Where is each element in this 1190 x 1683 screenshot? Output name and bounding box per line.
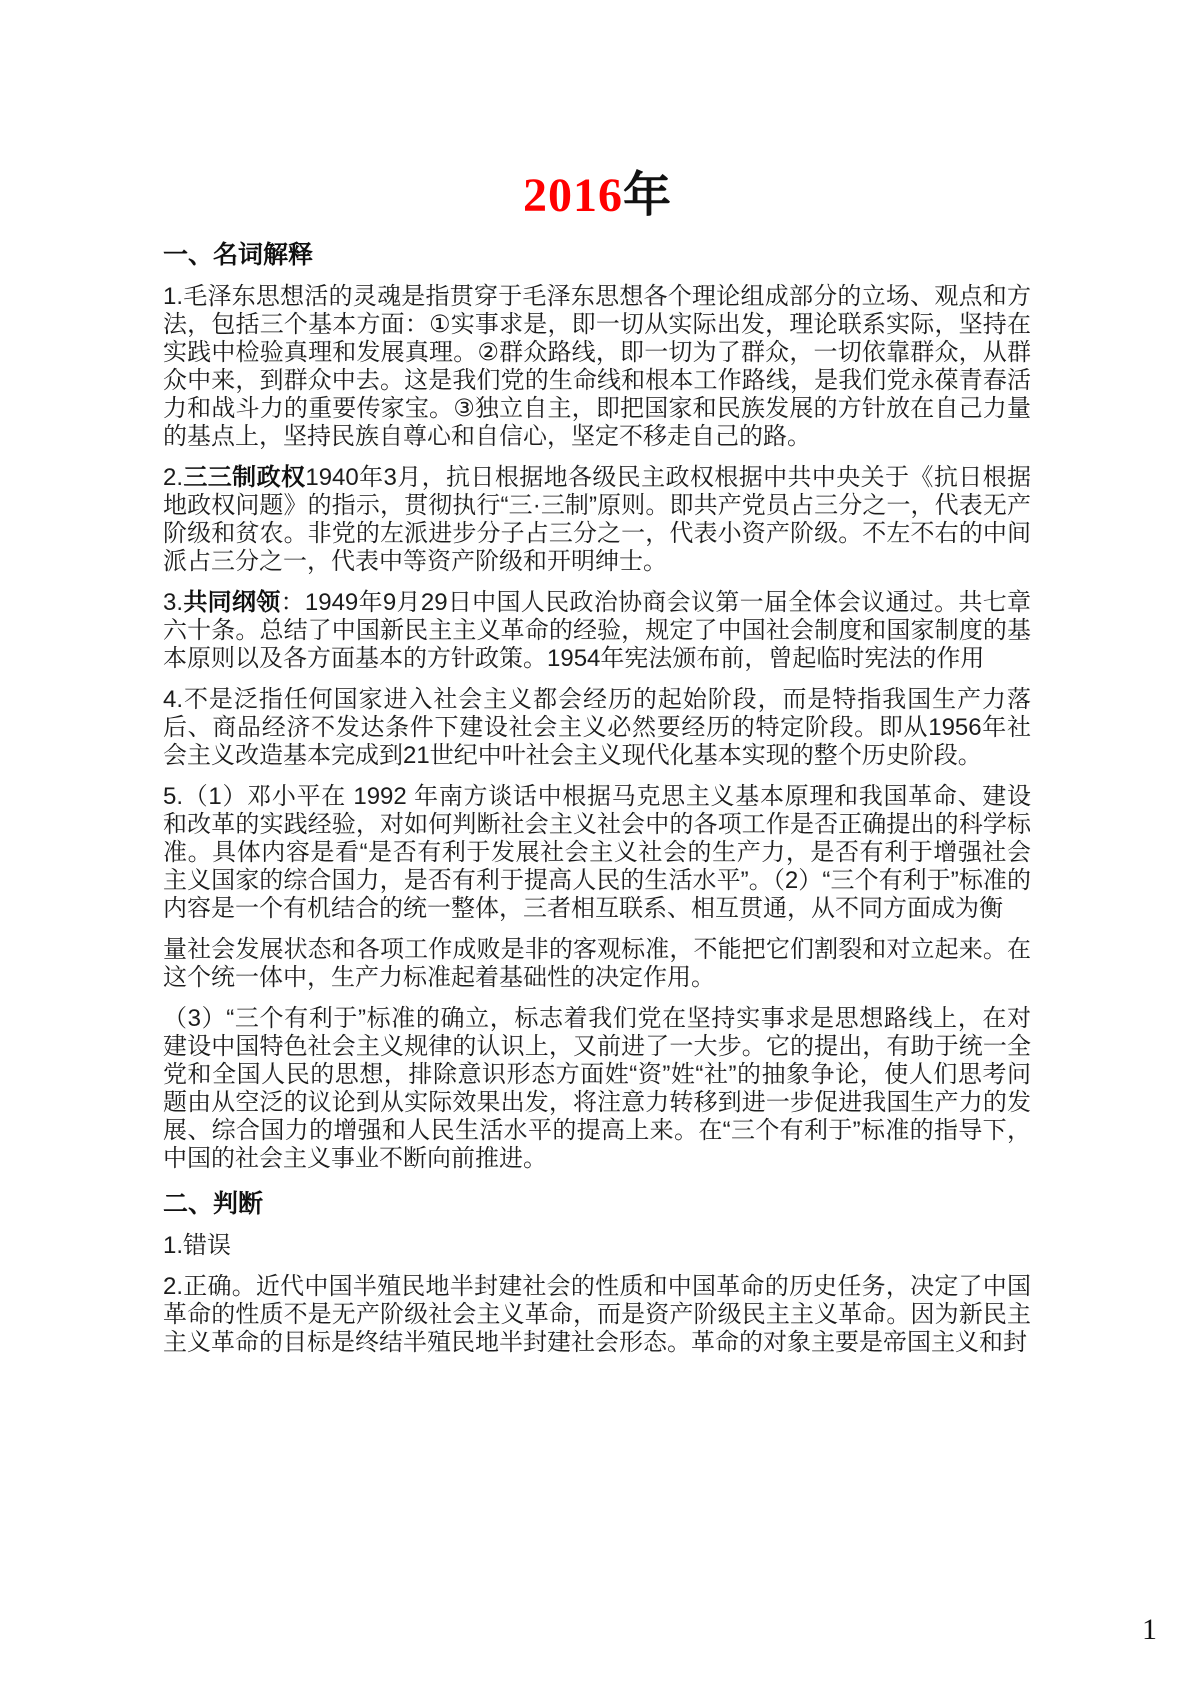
paragraph: 2.正确。近代中国半殖民地半封建社会的性质和中国革命的历史任务，决定了中国革命的… (163, 1273, 1031, 1357)
term-bold: 共同纲领 (183, 589, 281, 616)
paragraph: （3）“三个有利于”标准的确立，标志着我们党在坚持实事求是思想路线上，在对建设中… (163, 1005, 1031, 1173)
title-year-suffix: 年 (623, 169, 671, 222)
text-run: ：1949年9月29日中国人民政治协商会议第一届全体会议通过。共七章六十条。总结… (163, 589, 1031, 672)
section-heading: 一、名词解释 (163, 240, 1031, 270)
document-title: 2016年 (163, 168, 1031, 224)
text-run: 4.不是泛指任何国家进入社会主义都会经历的起始阶段，而是特指我国生产力落后、商品… (163, 686, 1031, 769)
document-content: 2016年 一、名词解释1.毛泽东思想活的灵魂是指贯穿于毛泽东思想各个理论组成部… (163, 0, 1031, 1370)
paragraph: 1.错误 (163, 1232, 1031, 1260)
text-run: （3）“三个有利于”标准的确立，标志着我们党在坚持实事求是思想路线上，在对建设中… (163, 1005, 1031, 1172)
document-page: 2016年 一、名词解释1.毛泽东思想活的灵魂是指贯穿于毛泽东思想各个理论组成部… (0, 0, 1190, 1683)
term-bold: 三三制政权 (183, 464, 305, 491)
text-run: 1.错误 (163, 1232, 231, 1259)
paragraph: 1.毛泽东思想活的灵魂是指贯穿于毛泽东思想各个理论组成部分的立场、观点和方法，包… (163, 283, 1031, 451)
paragraph: 3.共同纲领：1949年9月29日中国人民政治协商会议第一届全体会议通过。共七章… (163, 589, 1031, 673)
page-number: 1 (1142, 1612, 1157, 1648)
text-run: 2.正确。近代中国半殖民地半封建社会的性质和中国革命的历史任务，决定了中国革命的… (163, 1273, 1031, 1356)
text-run: 3. (163, 589, 183, 616)
paragraph: 2.三三制政权1940年3月，抗日根据地各级民主政权根据中共中央关于《抗日根据地… (163, 464, 1031, 576)
text-run: 5.（1）邓小平在 1992 年南方谈话中根据马克思主义基本原理和我国革命、建设… (163, 783, 1031, 922)
document-body: 一、名词解释1.毛泽东思想活的灵魂是指贯穿于毛泽东思想各个理论组成部分的立场、观… (163, 240, 1031, 1357)
paragraph: 量社会发展状态和各项工作成败是非的客观标准，不能把它们割裂和对立起来。在这个统一… (163, 936, 1031, 992)
text-run: 2. (163, 464, 183, 491)
paragraph: 4.不是泛指任何国家进入社会主义都会经历的起始阶段，而是特指我国生产力落后、商品… (163, 686, 1031, 770)
text-run: 量社会发展状态和各项工作成败是非的客观标准，不能把它们割裂和对立起来。在这个统一… (163, 936, 1031, 991)
section-heading: 二、判断 (163, 1189, 1031, 1219)
title-year: 2016 (523, 169, 623, 222)
paragraph: 5.（1）邓小平在 1992 年南方谈话中根据马克思主义基本原理和我国革命、建设… (163, 783, 1031, 923)
text-run: 1.毛泽东思想活的灵魂是指贯穿于毛泽东思想各个理论组成部分的立场、观点和方法，包… (163, 283, 1031, 450)
